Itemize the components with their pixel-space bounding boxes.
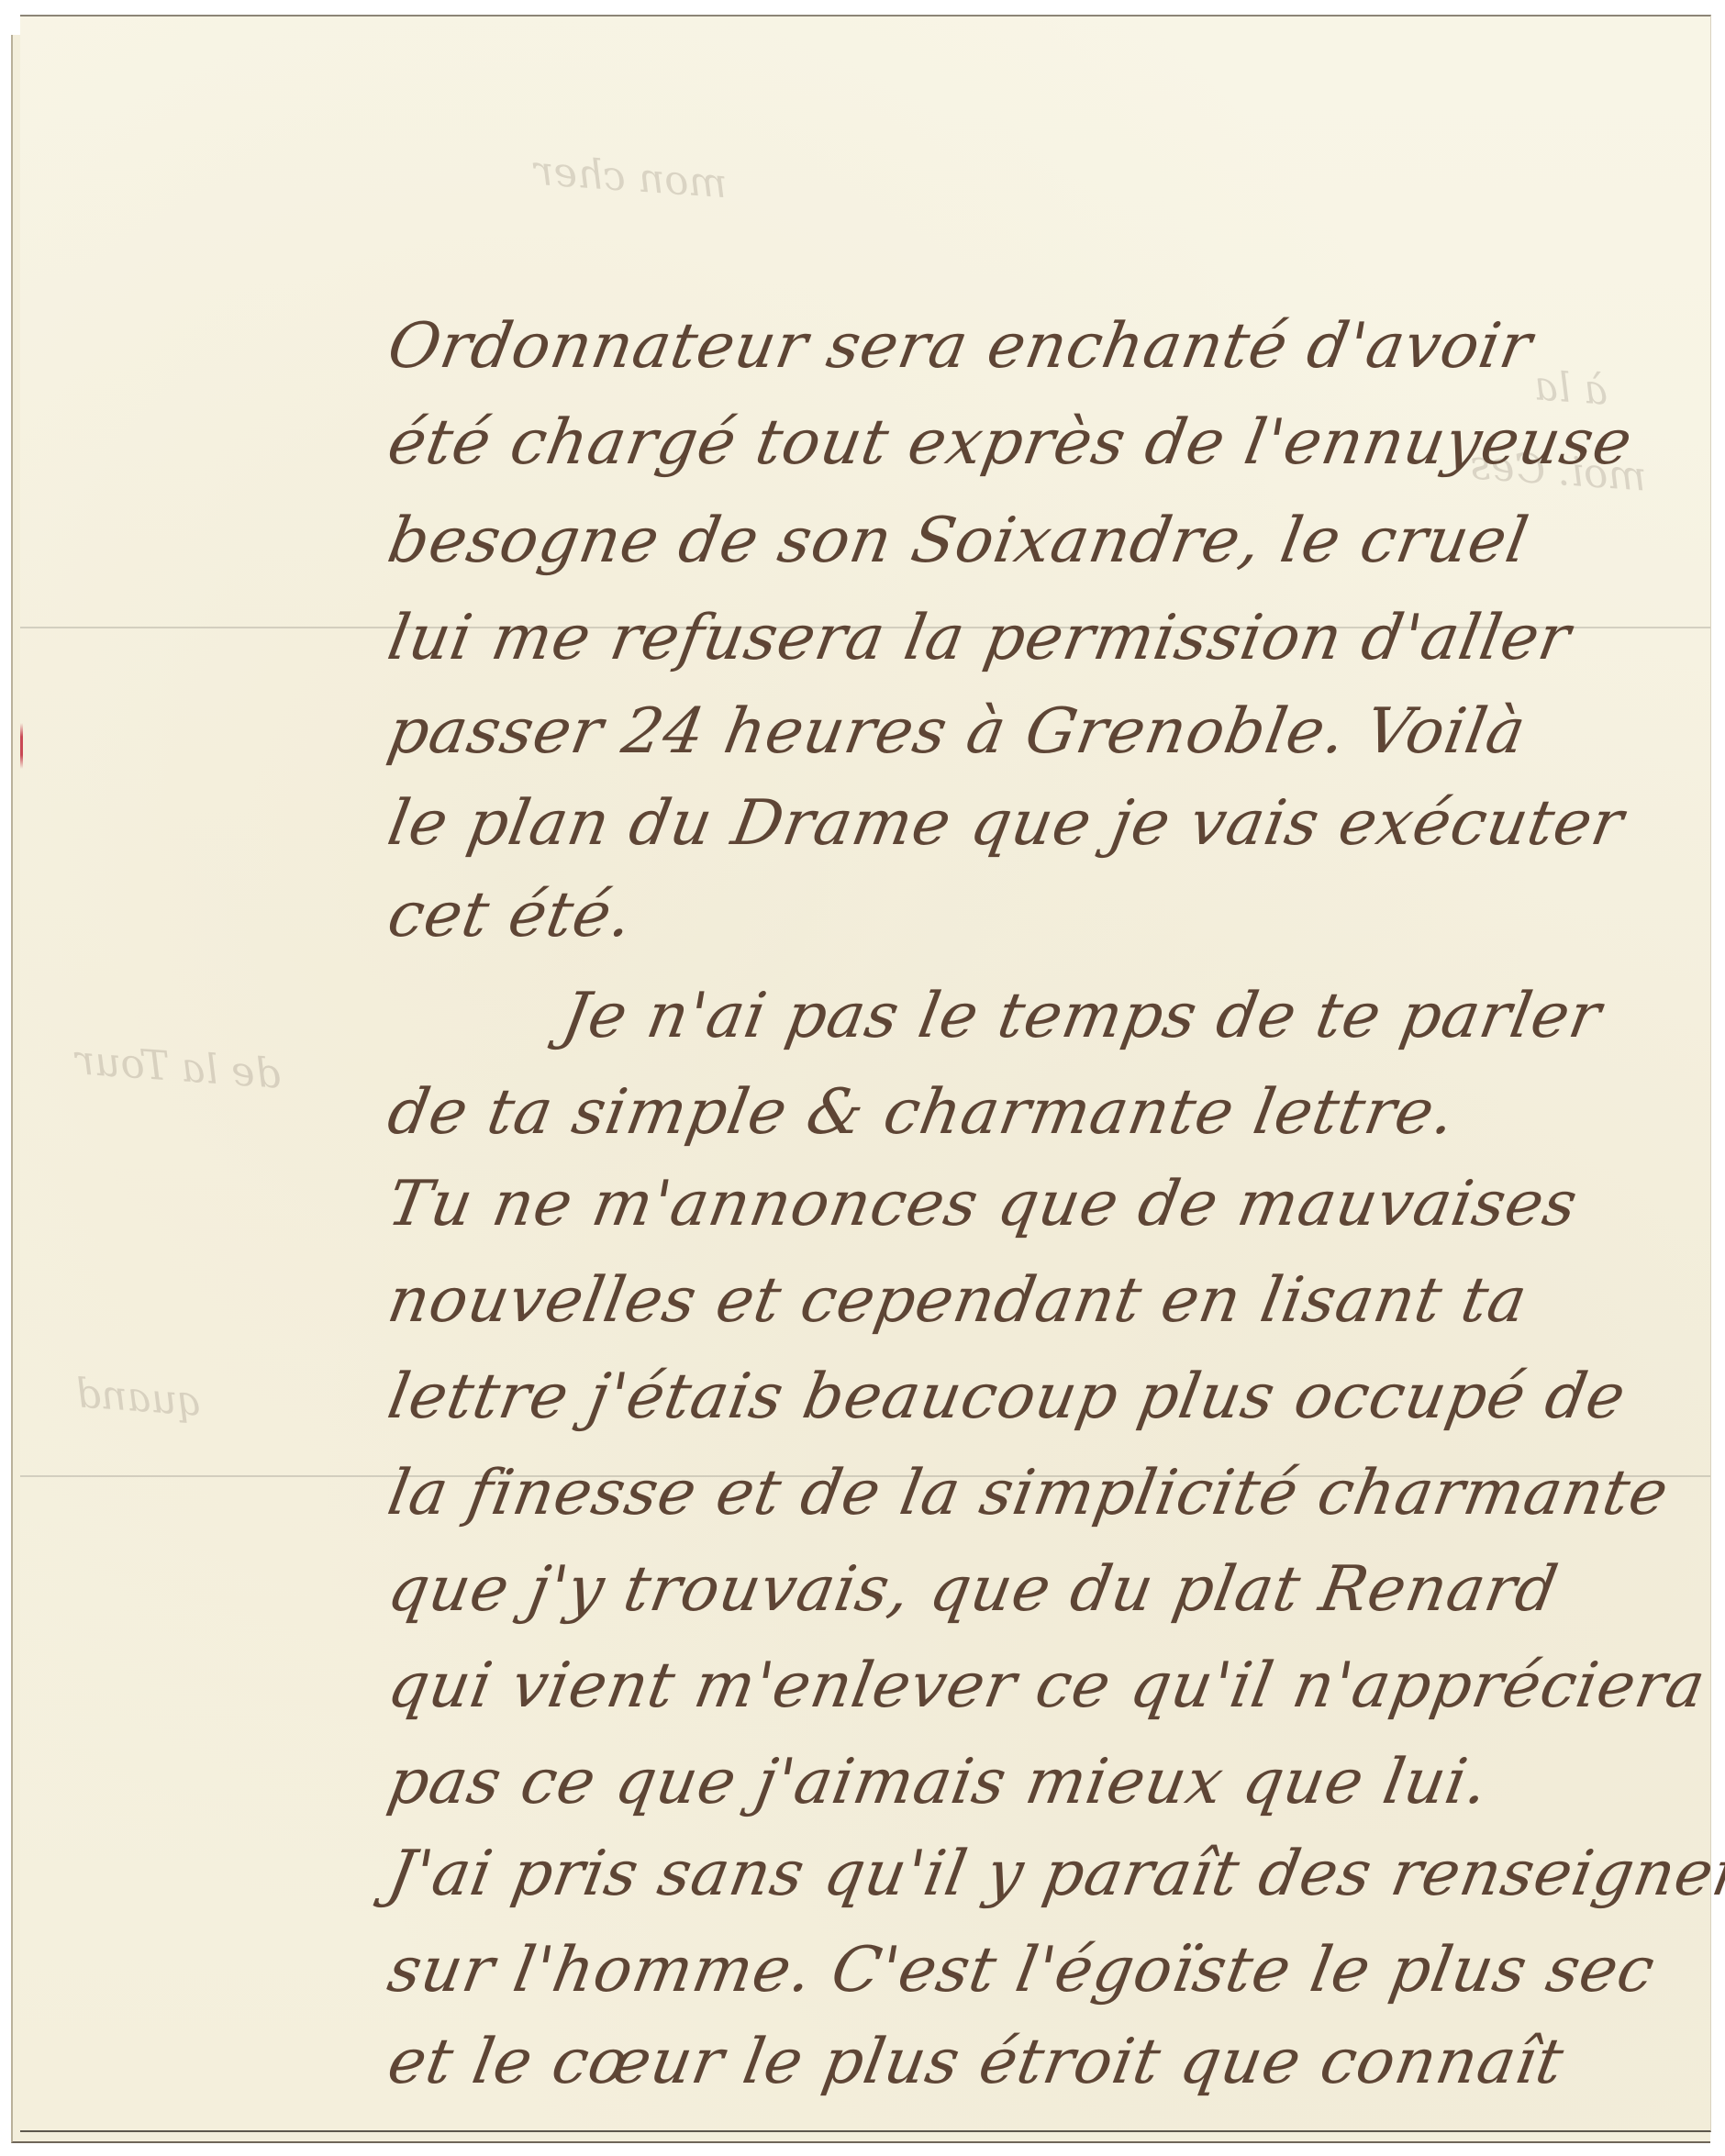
letter-line: que j'y trouvais, que du plat Renard — [383, 1553, 1564, 1626]
letter-line: Ordonnateur sera enchanté d'avoir — [383, 310, 1538, 383]
letter-line: sur l'homme. C'est l'égoïste le plus sec — [383, 1934, 1661, 2006]
bleed-through-text: mon cher — [532, 148, 729, 208]
letter-line: J'ai pris sans qu'il y paraît des rensei… — [383, 1838, 1725, 1910]
letter-line: le plan du Drame que je vais exécuter — [383, 787, 1630, 860]
letter-line: qui vient m'enlever ce qu'il n'apprécier… — [383, 1650, 1711, 1722]
letter-line: besogne de son Soixandre, le cruel — [383, 505, 1534, 577]
letter-line: lui me refusera la permission d'aller — [383, 602, 1576, 674]
letter-line: de ta simple & charmante lettre. — [383, 1076, 1461, 1149]
scanned-page: mon cher à la moi. Ces de la Tour quand … — [0, 0, 1725, 2156]
letter-line: la finesse et de la simplicité charmante — [383, 1457, 1674, 1529]
letter-line: lettre j'étais beaucoup plus occupé de — [383, 1361, 1631, 1433]
letter-line: et le cœur le plus étroit que connaît — [383, 2026, 1569, 2098]
letter-line: été chargé tout exprès de l'ennuyeuse — [383, 406, 1638, 479]
letter-line: passer 24 heures à Grenoble. Voilà — [383, 695, 1531, 768]
letter-line: nouvelles et cependant en lisant ta — [383, 1264, 1532, 1337]
bleed-through-text: de la Tour — [73, 1037, 282, 1098]
bleed-through-text: quand — [73, 1370, 204, 1426]
letter-line: cet été. — [383, 879, 639, 951]
letter-sheet: mon cher à la moi. Ces de la Tour quand … — [20, 15, 1711, 2132]
letter-line: Tu ne m'annonces que de mauvaises — [383, 1168, 1583, 1240]
red-ink-mark — [20, 723, 23, 769]
letter-line: pas ce que j'aimais mieux que lui. — [383, 1746, 1494, 1818]
letter-line: Je n'ai pas le temps de te parler — [557, 980, 1607, 1052]
